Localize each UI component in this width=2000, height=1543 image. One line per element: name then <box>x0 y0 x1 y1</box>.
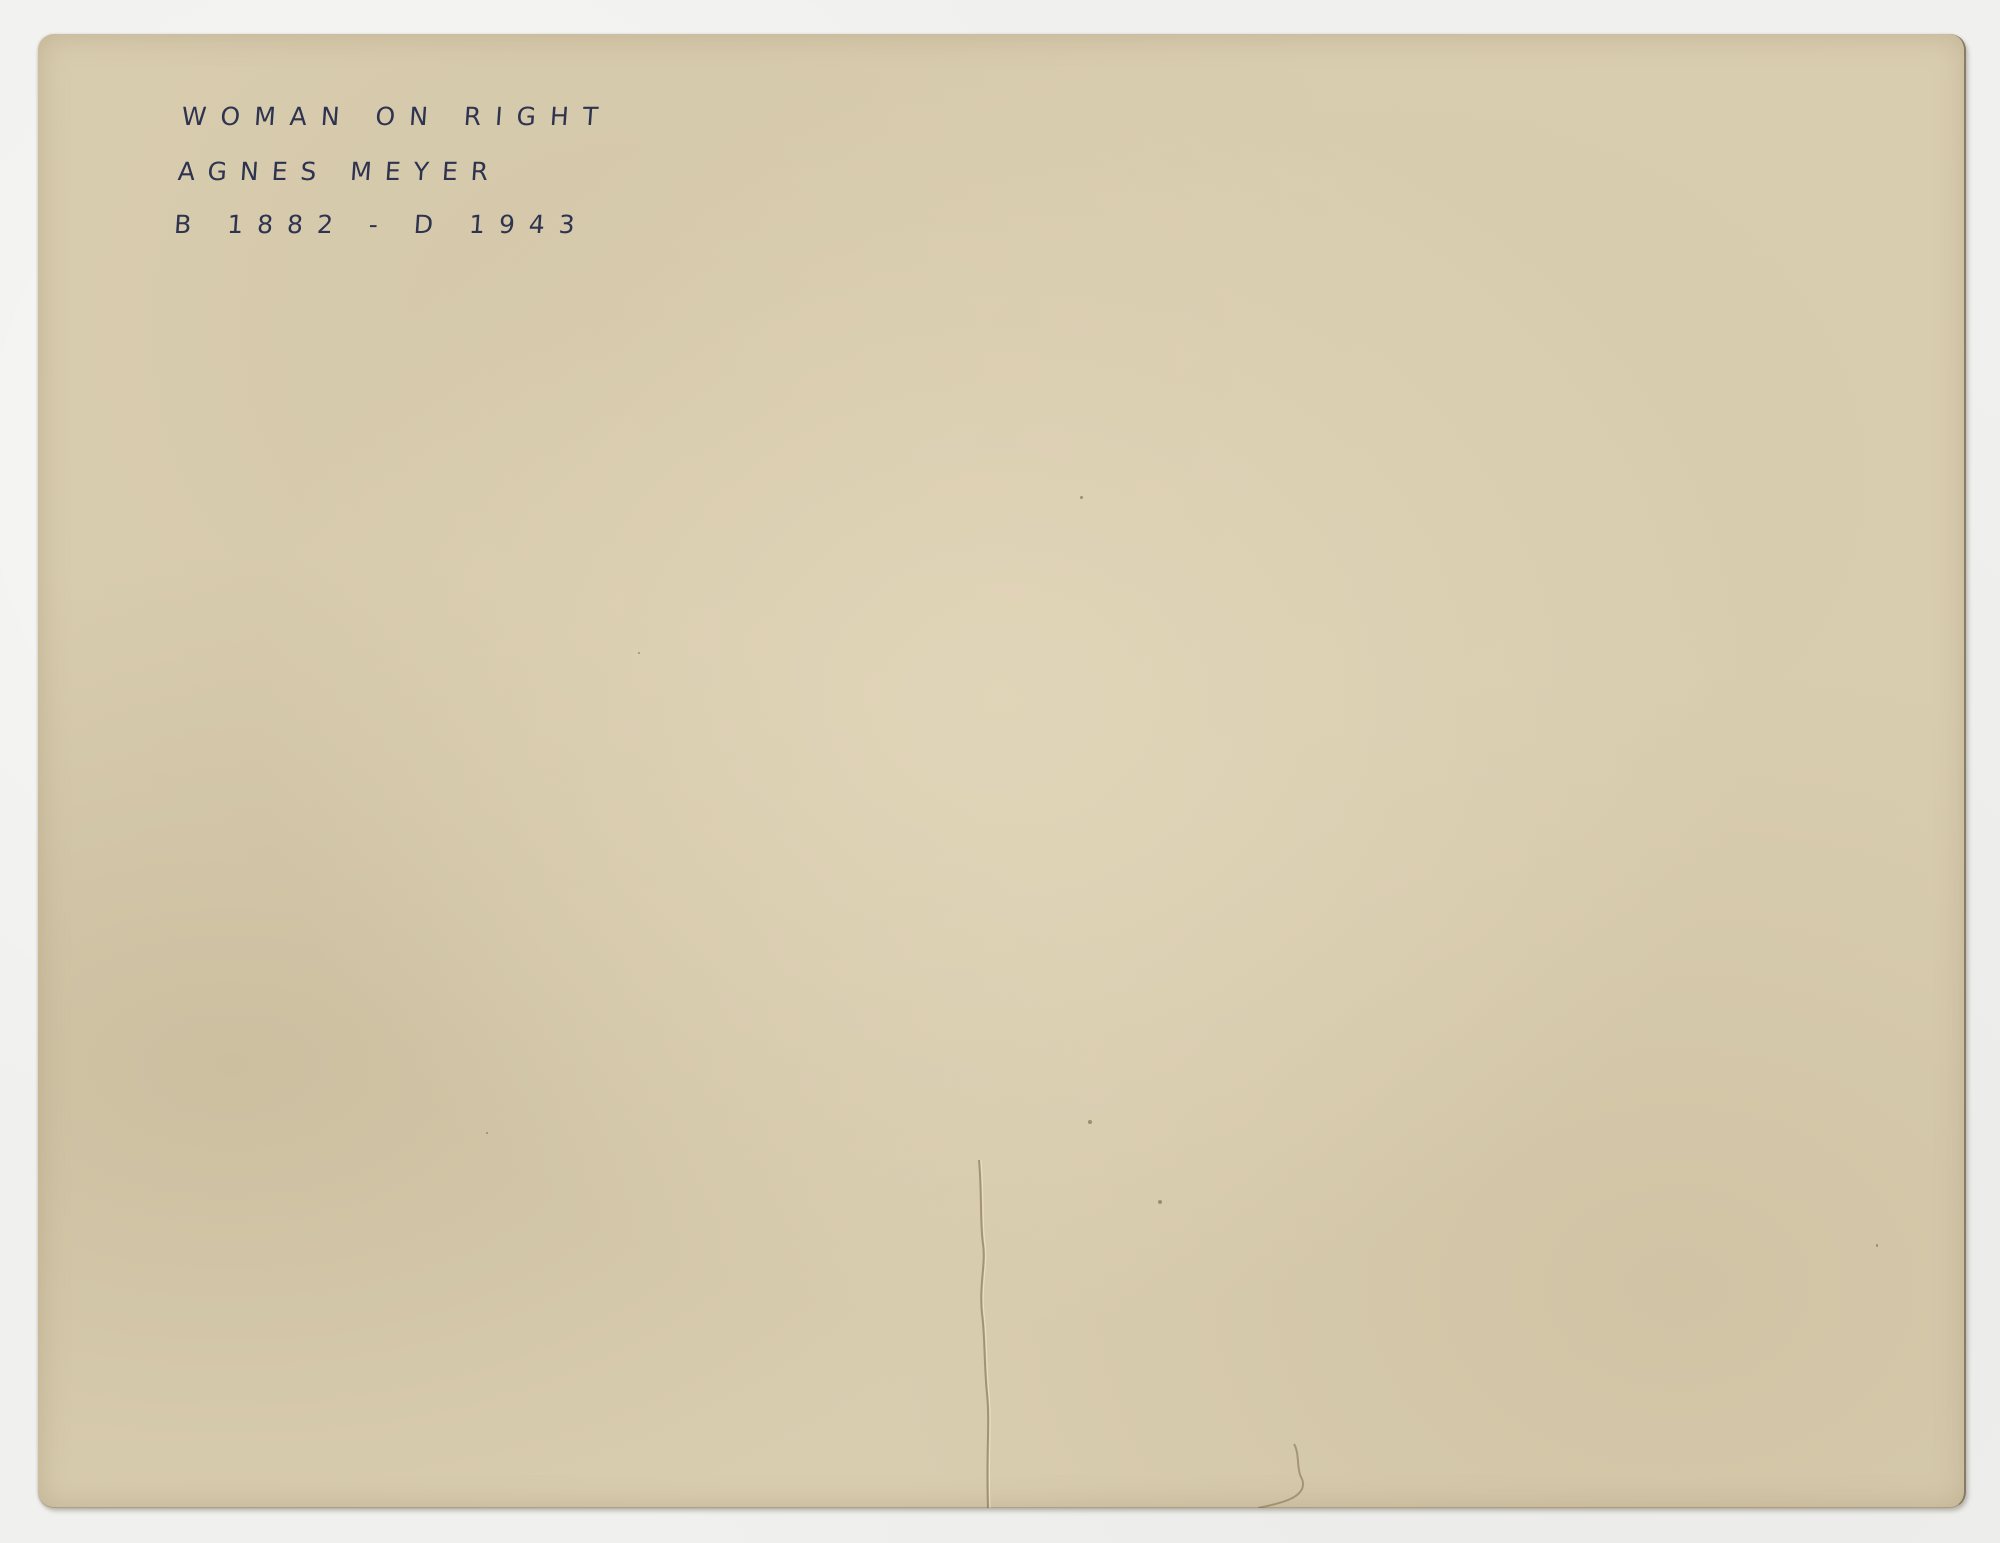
stain-speck <box>1088 1120 1092 1124</box>
stain-speck <box>486 1132 488 1134</box>
handwritten-inscription: WOMAN ON RIGHT AGNES MEYER B 1882 - D 19… <box>173 104 613 237</box>
photo-card-back: WOMAN ON RIGHT AGNES MEYER B 1882 - D 19… <box>38 34 1966 1508</box>
stain-speck <box>1158 1200 1162 1204</box>
stain-speck <box>638 652 640 654</box>
crease-mark <box>38 34 1966 1508</box>
inscription-line-2: AGNES MEYER <box>177 159 609 184</box>
inscription-line-3: B 1882 - D 1943 <box>173 212 605 237</box>
stain-speck <box>1080 496 1083 499</box>
inscription-line-1: WOMAN ON RIGHT <box>181 104 613 129</box>
card-edge <box>38 34 1966 1508</box>
stain-speck <box>1876 1244 1878 1247</box>
